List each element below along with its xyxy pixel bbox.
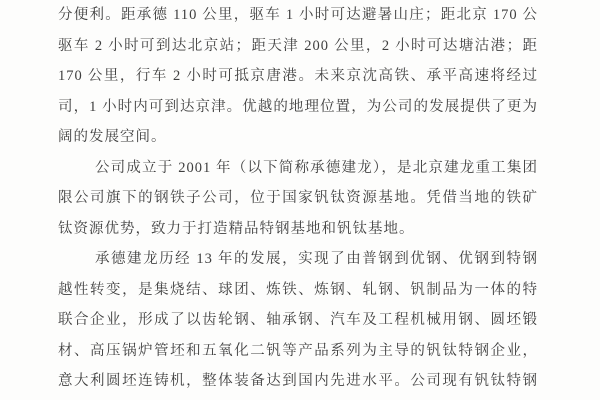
- text-line: 联合企业，形成了以齿轮钢、轴承钢、汽车及工程机械用钢、圆坯锻打: [58, 305, 538, 336]
- text-line: 材、高压锅炉管坯和五氧化二钒等产品系列为主导的钒钛特钢企业，引进: [58, 336, 538, 367]
- text-line: 钛资源优势，致力于打造精品特钢基地和钒钛基地。: [58, 214, 538, 245]
- text-line: 承德建龙历经 13 年的发展，实现了由普钢到优钢、优钢到特钢的跨: [58, 244, 538, 275]
- text-line: 越性转变，是集烧结、球团、炼铁、炼钢、轧钢、钒制品为一体的特殊钢: [58, 275, 538, 306]
- text-line: 限公司旗下的钢铁子公司，位于国家钒钛资源基地。凭借当地的铁矿和钒: [58, 183, 538, 214]
- text-line: 驱车 2 小时可到达北京站；距天津 200 公里，2 小时可达塘沽港；距唐山: [58, 31, 538, 62]
- text-line: 阔的发展空间。: [58, 122, 538, 153]
- text-line: 意大利圆坯连铸机，整体装备达到国内先进水平。公司现有钒钛特钢生产: [58, 366, 538, 397]
- document-page: 分便利。距承德 110 公里，驱车 1 小时可达避暑山庄；距北京 170 公里，…: [0, 0, 600, 400]
- document-text-block: 分便利。距承德 110 公里，驱车 1 小时可达避暑山庄；距北京 170 公里，…: [58, 0, 538, 397]
- text-line: 170 公里，行车 2 小时可抵京唐港。未来京沈高铁、承平高速将经过公: [58, 61, 538, 92]
- text-line: 司，1 小时内可到达京津。优越的地理位置，为公司的发展提供了更为广: [58, 92, 538, 123]
- text-line: 分便利。距承德 110 公里，驱车 1 小时可达避暑山庄；距北京 170 公里，: [58, 0, 538, 31]
- text-line: 公司成立于 2001 年（以下简称承德建龙），是北京建龙重工集团有: [58, 153, 538, 184]
